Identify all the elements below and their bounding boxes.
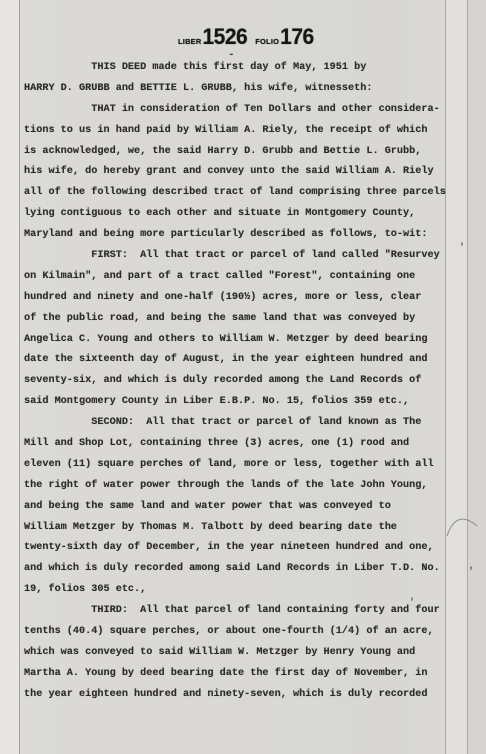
- deed-line: his wife, do hereby grant and convey unt…: [24, 162, 476, 183]
- deed-line: of the public road, and being the same l…: [24, 309, 476, 330]
- stray-pen-mark: ': [409, 598, 415, 609]
- deed-line: the right of water power through the lan…: [24, 476, 476, 497]
- stray-pen-mark: ': [459, 243, 465, 254]
- deed-line: Angelica C. Young and others to William …: [24, 330, 476, 351]
- liber-number: 1526: [203, 26, 248, 48]
- deed-line: and which is duly recorded among said La…: [24, 559, 476, 580]
- deed-line: lying contiguous to each other and situa…: [24, 204, 476, 225]
- page-left-edge: [0, 0, 19, 754]
- deed-line: SECOND: All that tract or parcel of land…: [24, 413, 476, 434]
- deed-line: William Metzger by Thomas M. Talbott by …: [24, 518, 476, 539]
- deed-line: HARRY D. GRUBB and BETTIE L. GRUBB, his …: [24, 79, 476, 100]
- deed-line: date the sixteenth day of August, in the…: [24, 350, 476, 371]
- deed-line: which was conveyed to said William W. Me…: [24, 643, 476, 664]
- deed-line: on Kilmain", and part of a tract called …: [24, 267, 476, 288]
- deed-line: twenty-sixth day of December, in the yea…: [24, 538, 476, 559]
- folio-number: 176: [280, 26, 314, 48]
- deed-page: LIBER 1526 FOLIO 176 - THIS DEED made th…: [0, 0, 486, 754]
- deed-line: is acknowledged, we, the said Harry D. G…: [24, 142, 476, 163]
- deed-line: THIS DEED made this first day of May, 19…: [24, 58, 476, 79]
- deed-line: hundred and ninety and one-half (190½) a…: [24, 288, 476, 309]
- deed-line: the year eighteen hundred and ninety-sev…: [24, 685, 476, 706]
- deed-line: THAT in consideration of Ten Dollars and…: [24, 100, 476, 121]
- stray-pen-mark: ': [468, 567, 474, 578]
- deed-line: tenths (40.4) square perches, or about o…: [24, 622, 476, 643]
- deed-line: all of the following described tract of …: [24, 183, 476, 204]
- deed-line: seventy-six, and which is duly recorded …: [24, 371, 476, 392]
- deed-line: and being the same land and water power …: [24, 497, 476, 518]
- deed-line: FIRST: All that tract or parcel of land …: [24, 246, 476, 267]
- deed-line: said Montgomery County in Liber E.B.P. N…: [24, 392, 476, 413]
- liber-folio-stamp: LIBER 1526 FOLIO 176: [178, 27, 314, 48]
- deed-line: Mill and Shop Lot, containing three (3) …: [24, 434, 476, 455]
- deed-line: eleven (11) square perches of land, more…: [24, 455, 476, 476]
- stray-pen-squiggle: [443, 512, 481, 544]
- deed-line: Maryland and being more particularly des…: [24, 225, 476, 246]
- deed-line: tions to us in hand paid by William A. R…: [24, 121, 476, 142]
- folio-label: FOLIO: [255, 38, 279, 46]
- liber-label: LIBER: [178, 38, 202, 46]
- left-margin-line: [19, 0, 20, 754]
- deed-line: Martha A. Young by deed bearing date the…: [24, 664, 476, 685]
